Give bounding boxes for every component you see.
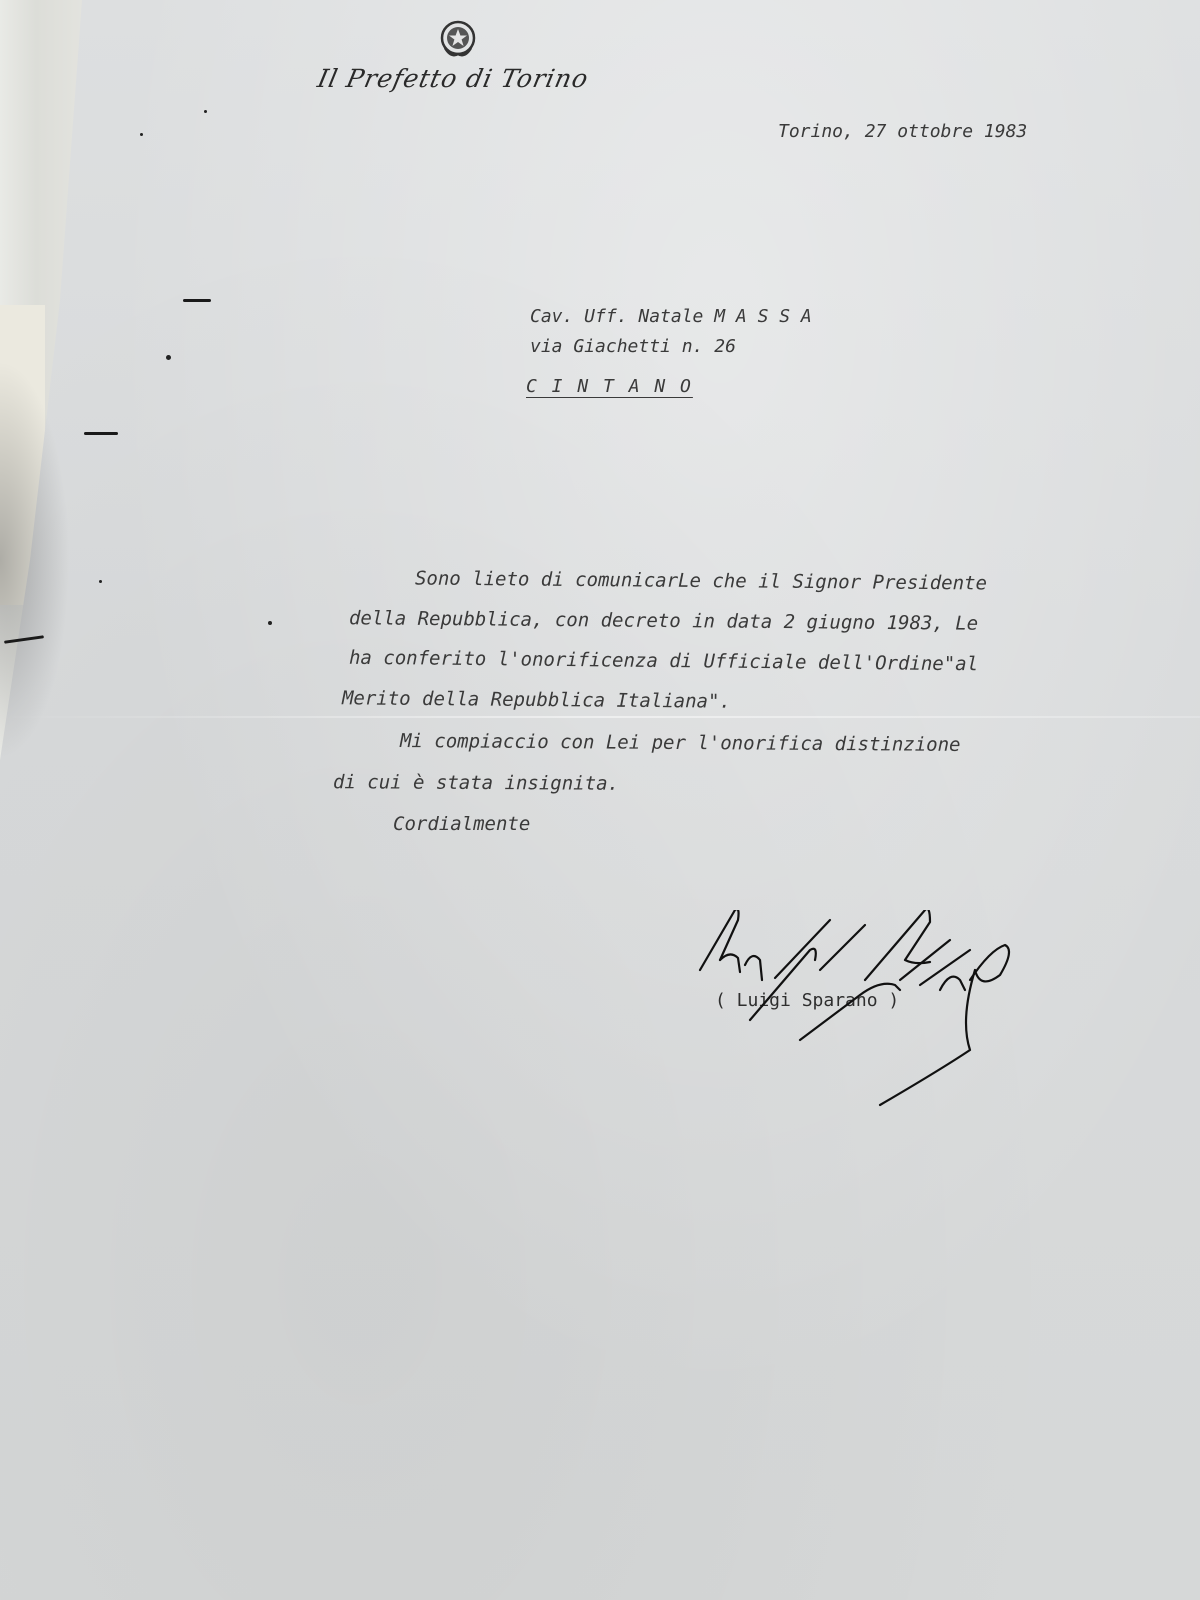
body-line: Mi compiaccio con Lei per l'onorifica di… — [400, 730, 961, 756]
letterhead-title: Il Prefetto di Torino — [315, 64, 592, 93]
paper-fold-line — [0, 716, 1200, 718]
ink-speck — [140, 133, 143, 136]
ink-speck — [99, 580, 102, 583]
closing-salutation: Cordialmente — [393, 813, 530, 835]
letter-paper — [0, 0, 1200, 1600]
body-line: di cui è stata insignita. — [333, 771, 619, 794]
signatory-name: ( Luigi Sparano ) — [715, 990, 899, 1011]
recipient-street: via Giachetti n. 26 — [530, 336, 736, 357]
ink-speck — [204, 110, 207, 113]
recipient-name: Cav. Uff. Natale M A S S A — [530, 306, 812, 327]
italian-republic-emblem-icon — [437, 18, 479, 60]
recipient-city: C I N T A N O — [526, 376, 693, 397]
ink-mark — [183, 299, 211, 302]
body-line: Merito della Repubblica Italiana". — [342, 687, 731, 712]
date-line: Torino, 27 ottobre 1983 — [778, 121, 1027, 142]
ink-speck — [166, 355, 171, 360]
ink-mark — [84, 432, 118, 435]
ink-speck — [268, 621, 272, 625]
